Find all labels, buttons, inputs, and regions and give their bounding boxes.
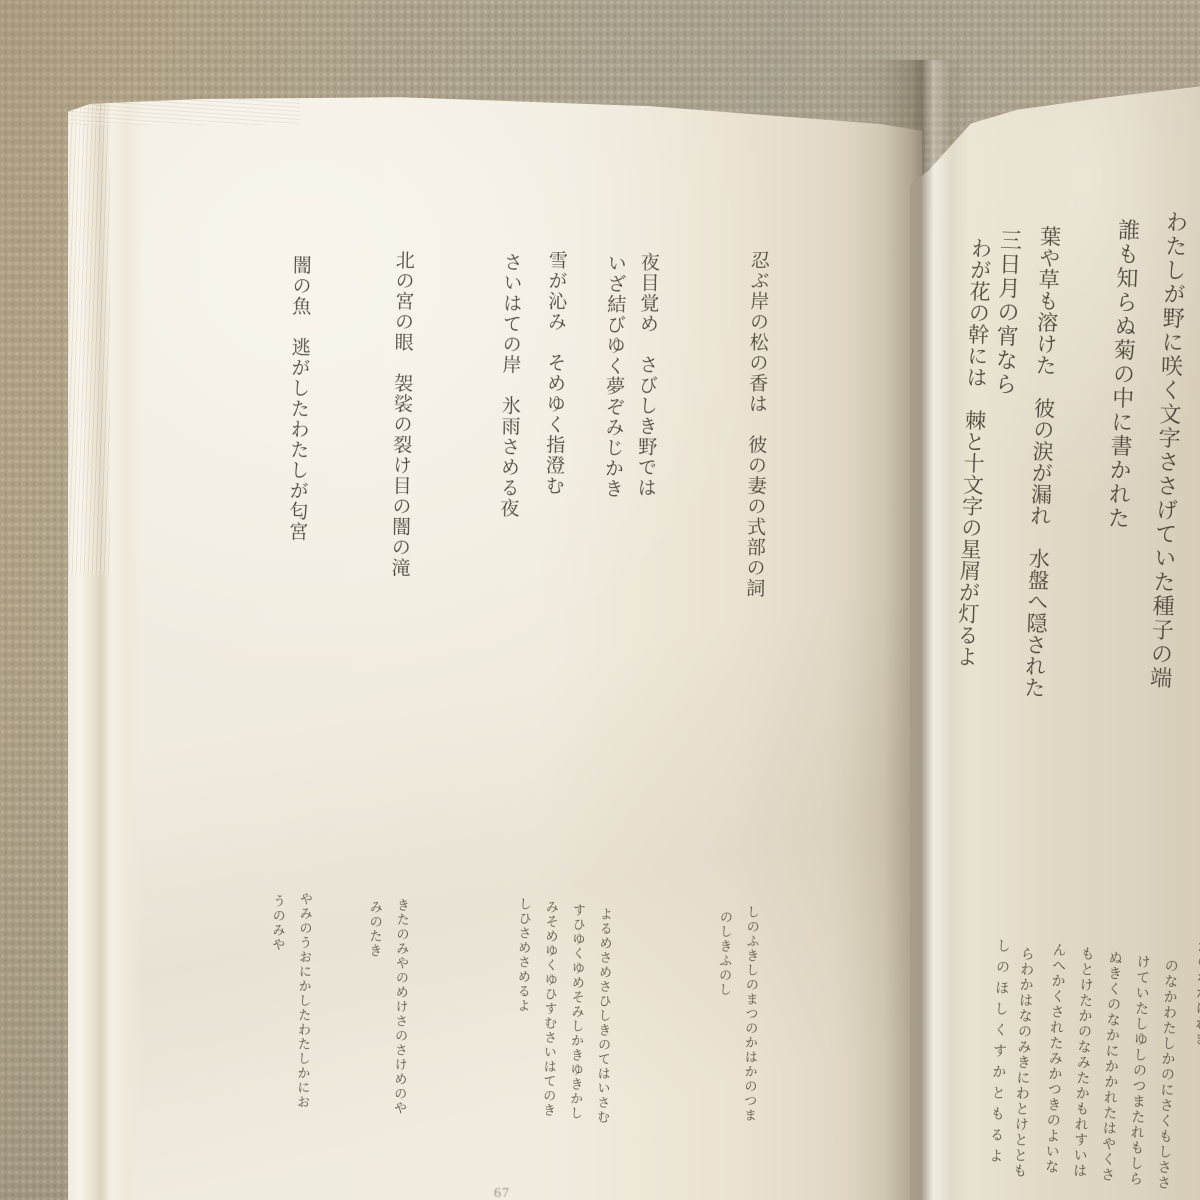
left-reading-column: すひゆくゆめそみしかきゆきかし <box>566 903 588 1121</box>
left-poem-column: 闇の魚 逃がしたわたしが匂宮 <box>283 255 314 542</box>
left-reading-column: みのたき <box>365 900 385 958</box>
left-poem-column: 北の宮の眼 袈裟の裂け目の闇の滝 <box>385 250 417 578</box>
left-page <box>68 85 922 1200</box>
left-reading-column: しひさめさめるよ <box>513 897 534 1013</box>
left-poem-column: 忍ぶ岸の松の香は 彼の妻の式部の詞 <box>740 250 772 599</box>
left-poem-column: さいはての岸 氷雨さめる夜 <box>494 252 525 519</box>
left-reading-column: きたのみやのめけさのさけめのや <box>390 898 412 1116</box>
left-poem-column: 夜目覚め さびしき野では <box>632 252 662 498</box>
left-reading-column: しのふきしのまつのかはかのつま <box>740 905 762 1123</box>
left-reading-column: みそめゆくゆひすむさいはてのき <box>539 900 561 1118</box>
page-number: 67 <box>494 1186 510 1200</box>
left-reading-column: やみのうおにかしたわたしかにお <box>293 892 315 1110</box>
left-poem-column: いざ結びゆく夢ぞみじかき <box>599 253 629 499</box>
left-reading-column: よるめさめさひしきのてはいさむ <box>593 907 615 1125</box>
left-reading-column: うのみや <box>268 894 288 952</box>
left-poem-column: 雪が沁み そめゆく指澄む <box>540 250 570 496</box>
stacked-page-edges <box>68 105 110 575</box>
left-reading-column: のしきふのし <box>715 910 735 997</box>
